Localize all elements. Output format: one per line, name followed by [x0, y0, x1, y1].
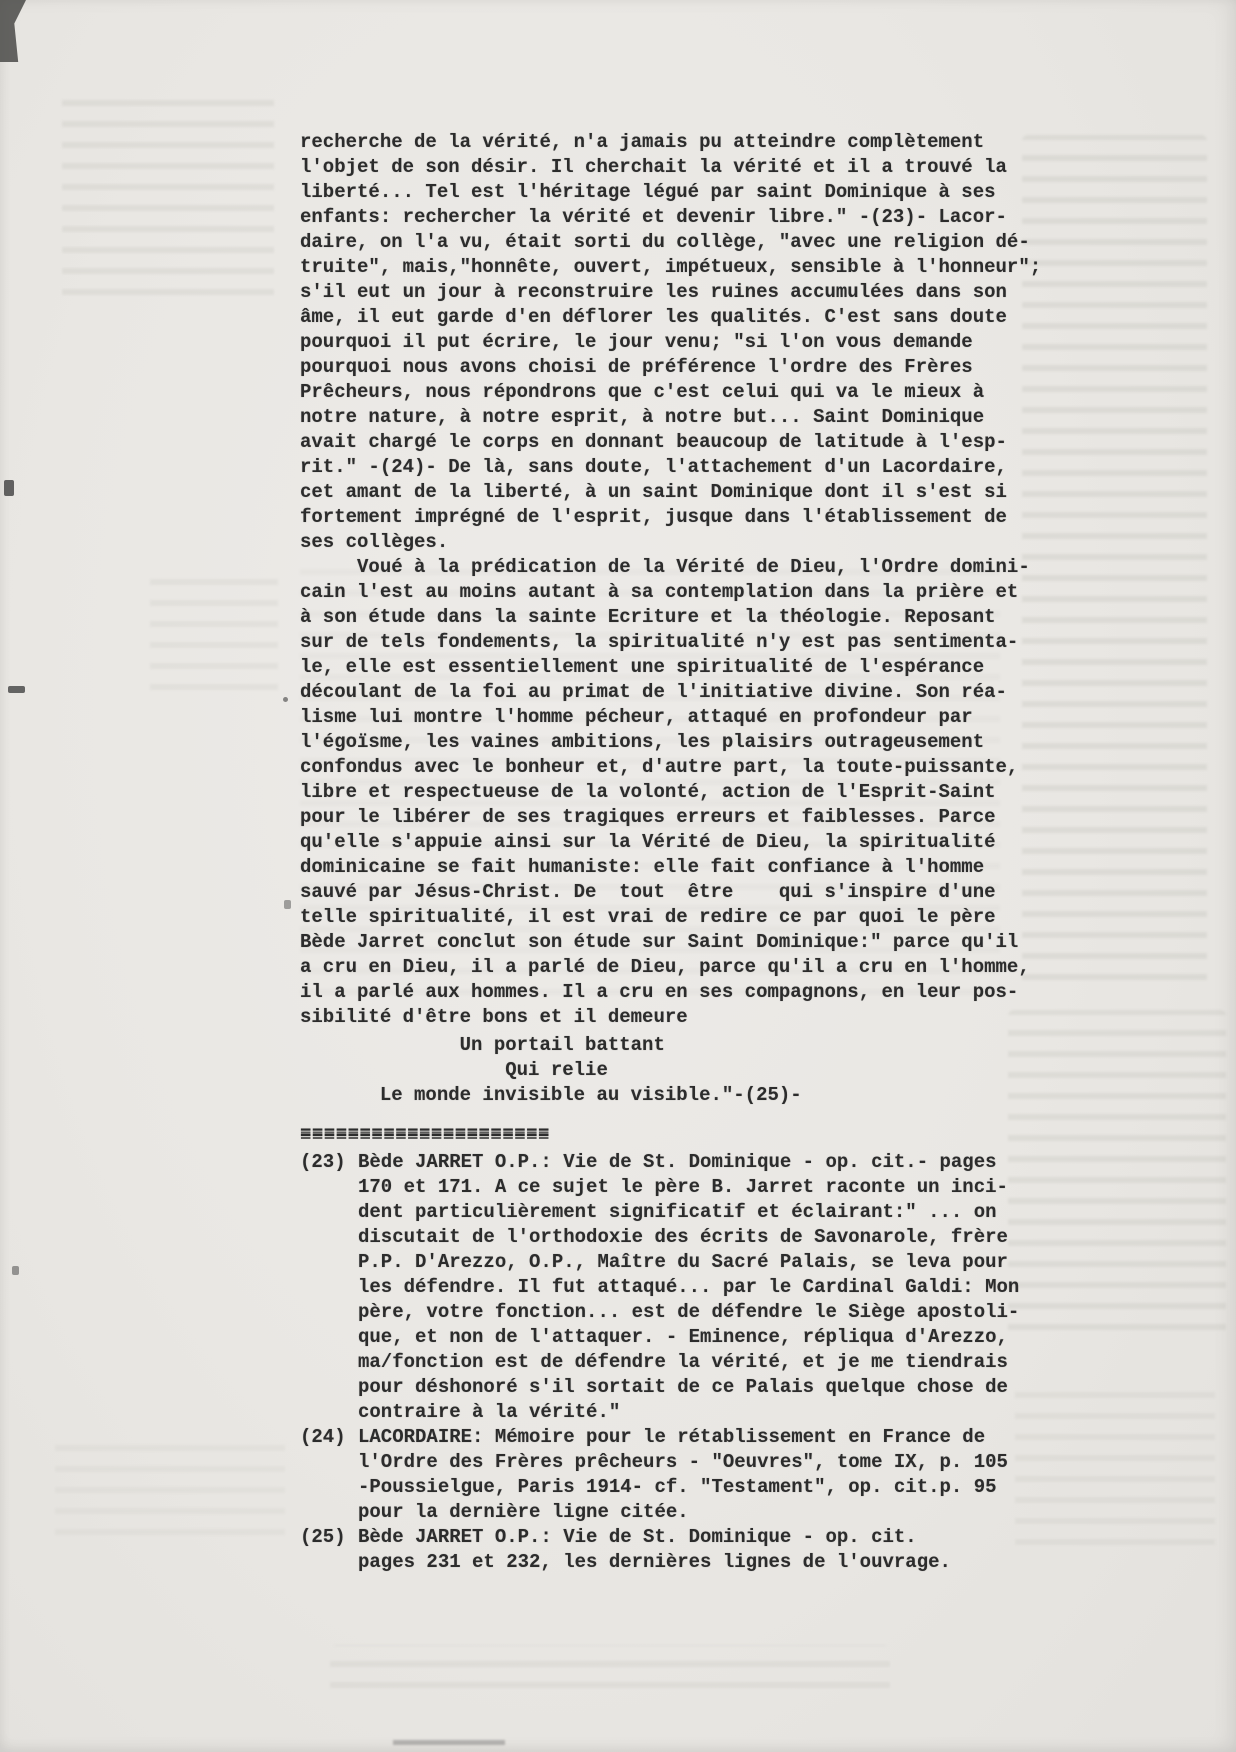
bleed-through-texture — [55, 1430, 285, 1550]
footnote-text: Bède JARRET O.P.: Vie de St. Dominique -… — [358, 1150, 1019, 1425]
scan-speck — [4, 480, 14, 496]
footnote-label: (23) — [300, 1150, 346, 1175]
footnote-separator: ===================== — [300, 1122, 550, 1147]
footnote-label: (24) — [300, 1425, 346, 1450]
scan-corner-mark — [0, 0, 26, 62]
scan-speck — [283, 697, 288, 702]
bleed-through-texture — [1022, 135, 1207, 995]
footnote-label: (25) — [300, 1525, 346, 1550]
document-page: recherche de la vérité, n'a jamais pu at… — [0, 0, 1236, 1752]
bleed-through-texture — [150, 575, 278, 705]
body-text: recherche de la vérité, n'a jamais pu at… — [300, 130, 1041, 1030]
bleed-through-texture — [330, 1645, 890, 1703]
scan-speck — [393, 1740, 505, 1745]
bleed-through-texture — [62, 95, 274, 310]
footnote-text: LACORDAIRE: Mémoire pour le rétablisseme… — [358, 1425, 1008, 1525]
scan-speck — [12, 1266, 19, 1275]
bleed-through-texture — [1015, 1380, 1215, 1560]
footnote-text: Bède JARRET O.P.: Vie de St. Dominique -… — [358, 1525, 951, 1575]
scan-speck — [8, 686, 25, 693]
bleed-through-texture — [1008, 1010, 1226, 1345]
scan-speck — [284, 900, 291, 909]
verse-quote: Un portail battant Qui relie Le monde in… — [300, 1033, 802, 1108]
